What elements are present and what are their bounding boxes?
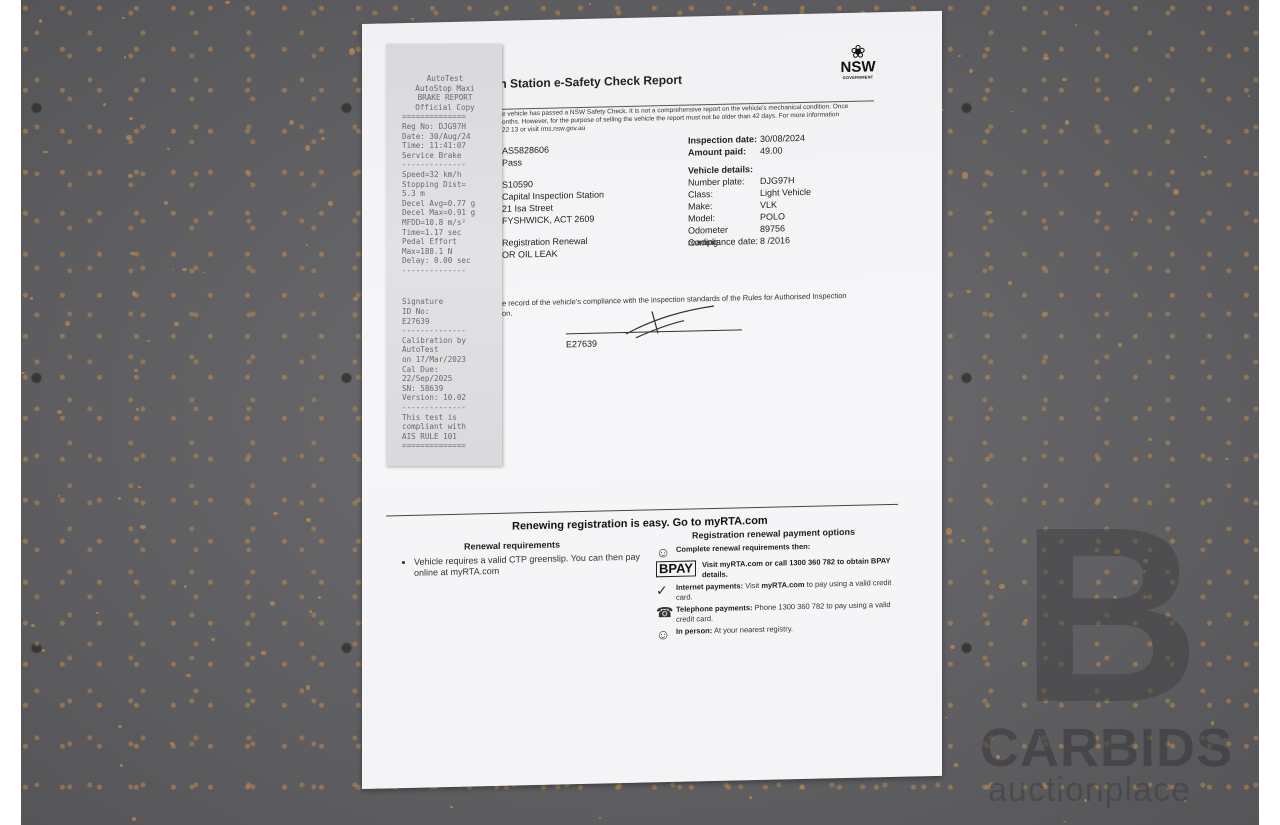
receipt-line: BRAKE REPORT bbox=[402, 93, 488, 103]
receipt-line: Delay: 0.00 sec bbox=[402, 256, 502, 266]
ground-speck bbox=[411, 18, 414, 21]
receipt-line: Signature bbox=[402, 297, 502, 307]
ground-speck bbox=[31, 624, 35, 627]
receipt-line: compliant with bbox=[402, 422, 502, 432]
ground-speck bbox=[140, 525, 146, 529]
myrta-link: myRTA.com bbox=[761, 580, 804, 590]
ground-speck bbox=[42, 649, 46, 653]
ground-speck bbox=[130, 252, 134, 255]
receipt-line: Speed=32 km/h bbox=[402, 170, 502, 180]
ground-speck bbox=[962, 172, 967, 178]
ground-speck bbox=[321, 137, 324, 140]
ground-speck bbox=[1148, 438, 1153, 441]
vehicle-make: VLK bbox=[760, 199, 777, 211]
ground-speck bbox=[749, 796, 752, 799]
receipt-line: Date: 30/Aug/24 bbox=[402, 132, 502, 142]
vehicle-model: POLO bbox=[760, 210, 785, 223]
receipt-line: SN: 58639 bbox=[402, 384, 502, 394]
ground-speck bbox=[1204, 156, 1206, 158]
receipt-signature-block: SignatureID No:E27639-------------- bbox=[402, 297, 502, 335]
inspection-date: 30/08/2024 bbox=[760, 132, 805, 145]
compliance-date: 8 /2016 bbox=[760, 234, 790, 247]
ground-speck bbox=[589, 3, 591, 5]
ground-speck bbox=[270, 601, 275, 606]
receipt-line: Max=188.1 N bbox=[402, 247, 502, 257]
ground-speck bbox=[182, 268, 187, 271]
ground-speck bbox=[1008, 281, 1013, 285]
ground-speck bbox=[174, 322, 178, 326]
carbids-watermark: B CARBIDS auctionplace bbox=[980, 505, 1260, 825]
ground-speck bbox=[96, 612, 99, 614]
bpay-logo: BPAY bbox=[656, 560, 696, 577]
receipt-line: Time=1.17 sec bbox=[402, 228, 502, 238]
ground-speck bbox=[261, 651, 266, 656]
internet-pre: Visit bbox=[745, 581, 759, 590]
receipt-line: -------------- bbox=[402, 403, 502, 413]
requirements-title: Renewal requirements bbox=[464, 540, 560, 552]
vehicle-details: Inspection date:30/08/2024 Amount paid:4… bbox=[688, 132, 811, 249]
ground-speck bbox=[1043, 57, 1049, 61]
requirement-item: Vehicle requires a valid CTP greenslip. … bbox=[414, 551, 654, 578]
ground-speck bbox=[120, 764, 123, 767]
ground-speck bbox=[30, 297, 33, 301]
watermark-tagline: auctionplace bbox=[988, 771, 1191, 810]
receipt-line: -------------- bbox=[402, 160, 502, 170]
station-suburb: FYSHWICK, ACT 2609 bbox=[502, 213, 604, 227]
ground-speck bbox=[309, 610, 312, 613]
receipt-line: Pedal Effort bbox=[402, 237, 502, 247]
vehicle-class: Light Vehicle bbox=[760, 186, 811, 199]
number-plate: DJG97H bbox=[760, 174, 795, 187]
receipt-footer: This test iscompliant withAIS RULE 101==… bbox=[402, 413, 502, 451]
ground-speck bbox=[1118, 343, 1122, 348]
ground-speck bbox=[21, 372, 25, 375]
ground-speck bbox=[132, 817, 136, 821]
ground-speck bbox=[306, 518, 311, 522]
ground-speck bbox=[211, 638, 215, 641]
receipt-line: Cal Due: bbox=[402, 365, 502, 375]
ground-speck bbox=[306, 244, 308, 246]
person-text: At your nearest registry. bbox=[714, 624, 793, 635]
internet-label: Internet payments: bbox=[676, 581, 743, 592]
ground-speck bbox=[138, 486, 140, 488]
receipt-line: AutoTest bbox=[402, 345, 502, 355]
requirements-list: Vehicle requires a valid CTP greenslip. … bbox=[400, 551, 654, 579]
ground-speck bbox=[225, 1, 230, 5]
payment-options-title: Registration renewal payment options bbox=[692, 527, 855, 541]
payment-options: ☺ Complete renewal requirements then: BP… bbox=[656, 540, 906, 644]
bpay-text: Visit myRTA.com or call 1300 360 782 to … bbox=[702, 556, 906, 581]
ground-speck bbox=[1065, 120, 1069, 125]
telephone-icon: ☎ bbox=[656, 605, 676, 619]
ground-speck bbox=[289, 120, 294, 125]
ground-speck bbox=[966, 290, 970, 294]
ground-speck bbox=[988, 211, 992, 214]
ground-speck bbox=[958, 55, 960, 57]
ground-speck bbox=[136, 408, 139, 411]
ground-speck bbox=[349, 48, 355, 55]
ground-speck bbox=[164, 201, 168, 205]
ground-speck bbox=[950, 645, 955, 649]
ground-speck bbox=[961, 539, 965, 543]
receipt-line: -------------- bbox=[402, 326, 502, 336]
ground-speck bbox=[273, 512, 278, 515]
receipt-line: on 17/Mar/2023 bbox=[402, 355, 502, 365]
ground-speck bbox=[328, 201, 334, 205]
receipt-header: AutoTestAutoStop MaxiBRAKE REPORTOfficia… bbox=[402, 74, 502, 122]
odometer-reading: 89756 bbox=[760, 222, 785, 235]
receipt-calibration: Calibration byAutoTeston 17/Mar/2023Cal … bbox=[402, 336, 502, 413]
receipt-results: Speed=32 km/hStopping Dist=5.3 mDecel Av… bbox=[402, 170, 502, 276]
receipt-info: Reg No: DJG97HDate: 30/Aug/24Time: 11:41… bbox=[402, 122, 502, 170]
nsw-government-logo: ❀ NSW GOVERNMENT bbox=[838, 42, 878, 80]
watermark-letter: B bbox=[1020, 505, 1201, 725]
ground-speck bbox=[186, 674, 191, 677]
ground-speck bbox=[353, 297, 358, 302]
ground-speck bbox=[58, 495, 61, 497]
ground-speck bbox=[753, 3, 757, 6]
receipt-line: -------------- bbox=[402, 266, 502, 276]
receipt-line: AutoStop Maxi bbox=[402, 84, 488, 94]
ground-speck bbox=[945, 717, 948, 719]
receipt-line: Stopping Dist= bbox=[402, 180, 502, 190]
receipt-line: AutoTest bbox=[402, 74, 488, 84]
ground-speck bbox=[103, 103, 106, 106]
receipt-line: Service Brake bbox=[402, 151, 502, 161]
station-name: Capital Inspection Station bbox=[502, 189, 604, 203]
receipt-line: Decel Avg=0.77 g bbox=[402, 199, 502, 209]
ground-speck bbox=[450, 806, 452, 808]
receipt-line: 22/Sep/2025 bbox=[402, 374, 502, 384]
receipt-line: E27639 bbox=[402, 317, 502, 327]
ground-speck bbox=[1075, 24, 1078, 27]
amount-paid: 49.00 bbox=[760, 144, 783, 157]
mouse-icon: ✓ bbox=[656, 583, 676, 597]
ground-speck bbox=[57, 410, 62, 414]
ground-speck bbox=[969, 69, 973, 73]
ground-speck bbox=[1062, 78, 1067, 82]
watermark-brand: CARBIDS bbox=[980, 717, 1233, 779]
ground-speck bbox=[1225, 458, 1229, 460]
ground-speck bbox=[1131, 218, 1134, 221]
section-divider bbox=[386, 504, 898, 517]
inspection-details: AS5828606 Pass S10590 Capital Inspection… bbox=[502, 143, 604, 261]
ground-speck bbox=[306, 685, 311, 690]
ground-speck bbox=[184, 585, 187, 588]
ground-speck bbox=[203, 272, 205, 274]
ground-speck bbox=[43, 151, 48, 154]
ground-speck bbox=[118, 725, 122, 728]
ground-speck bbox=[1173, 189, 1179, 195]
ground-speck bbox=[172, 269, 174, 271]
ground-speck bbox=[318, 596, 321, 599]
ground-speck bbox=[954, 763, 958, 767]
inspector-signature bbox=[624, 302, 734, 340]
logo-government-text: GOVERNMENT bbox=[838, 74, 878, 80]
receipt-line: Calibration by bbox=[402, 336, 502, 346]
ground-speck bbox=[1011, 111, 1013, 113]
receipt-signature-area bbox=[402, 275, 502, 297]
ground-speck bbox=[946, 528, 952, 534]
receipt-line: Official Copy bbox=[402, 103, 488, 113]
ground-speck bbox=[167, 148, 170, 150]
ground-speck bbox=[305, 145, 311, 152]
ground-speck bbox=[126, 135, 132, 140]
ground-speck bbox=[134, 369, 137, 372]
phone-label: Telephone payments: bbox=[676, 603, 753, 614]
report-title: on Station e-Safety Check Report bbox=[492, 73, 682, 91]
ground-speck bbox=[39, 19, 42, 23]
person-label: In person: bbox=[676, 626, 712, 636]
ground-speck bbox=[129, 117, 133, 121]
ground-speck bbox=[1248, 95, 1250, 97]
receipt-line: Time: 11:41:07 bbox=[402, 141, 502, 151]
receipt-line: Decel Max=0.91 g bbox=[402, 208, 502, 218]
compliance-label: Compliance date: bbox=[688, 235, 760, 249]
complete-label: Complete renewal requirements then: bbox=[676, 542, 810, 555]
receipt-line: Reg No: DJG97H bbox=[402, 122, 502, 132]
receipt-line: ============== bbox=[402, 441, 502, 451]
ground-speck bbox=[1135, 86, 1139, 90]
person-icon: ☺ bbox=[656, 627, 676, 641]
ground-speck bbox=[170, 742, 174, 746]
ground-speck bbox=[147, 340, 149, 342]
inspection-note: OR OIL LEAK bbox=[502, 247, 604, 261]
ground-speck bbox=[128, 174, 133, 178]
ground-speck bbox=[124, 56, 126, 59]
receipt-line: 5.3 m bbox=[402, 189, 502, 199]
person-icon: ☺ bbox=[656, 545, 676, 559]
amount-paid-label: Amount paid: bbox=[688, 145, 760, 159]
inspector-id: E27639 bbox=[566, 339, 597, 350]
brake-test-receipt: AutoTestAutoStop MaxiBRAKE REPORTOfficia… bbox=[386, 44, 502, 466]
logo-nsw-text: NSW bbox=[838, 60, 878, 75]
ground-speck bbox=[122, 17, 125, 19]
ground-speck bbox=[599, 817, 601, 819]
receipt-line: Version: 10.02 bbox=[402, 393, 502, 403]
ground-speck bbox=[65, 321, 71, 326]
receipt-line: ID No: bbox=[402, 307, 502, 317]
receipt-line: This test is bbox=[402, 413, 502, 423]
receipt-line: MFDD=10.8 m/s² bbox=[402, 218, 502, 228]
ground-speck bbox=[118, 497, 121, 500]
receipt-line: AIS RULE 101 bbox=[402, 432, 502, 442]
receipt-line: ============== bbox=[402, 112, 502, 122]
ground-speck bbox=[132, 291, 136, 296]
